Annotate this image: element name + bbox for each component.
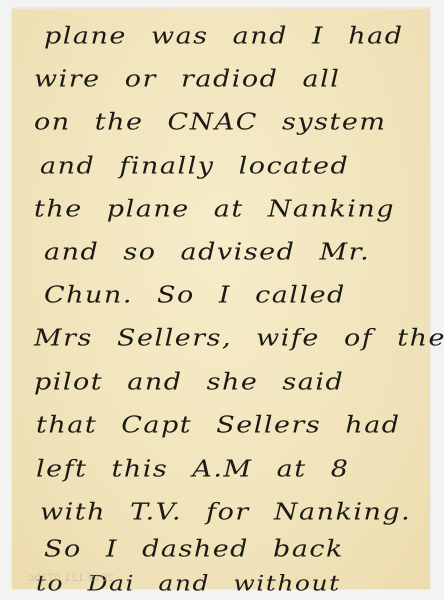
- bleed-through-catalog-number: 2019.121.073bc: [28, 572, 114, 584]
- letter-page: plane was and I had wire or radiod all o…: [12, 9, 430, 589]
- handwritten-line-10: that Capt Sellers had: [36, 412, 444, 438]
- handwritten-line-12: with T.V. for Nanking.: [40, 499, 444, 525]
- handwritten-line-8: Mrs Sellers, wife of the: [34, 325, 444, 351]
- handwritten-line-2: wire or radiod all: [34, 66, 444, 92]
- handwritten-line-6: and so advised Mr.: [44, 239, 444, 265]
- handwritten-line-7: Chun. So I called: [44, 282, 444, 308]
- handwritten-line-11: left this A.M at 8: [36, 456, 444, 482]
- handwritten-line-13: So I dashed back: [44, 536, 444, 562]
- handwritten-line-5: the plane at Nanking: [34, 196, 444, 222]
- handwritten-line-4: and finally located: [40, 153, 444, 179]
- handwritten-line-9: pilot and she said: [34, 369, 444, 395]
- handwritten-line-1: plane was and I had: [44, 23, 444, 49]
- handwritten-line-3: on the CNAC system: [34, 109, 444, 135]
